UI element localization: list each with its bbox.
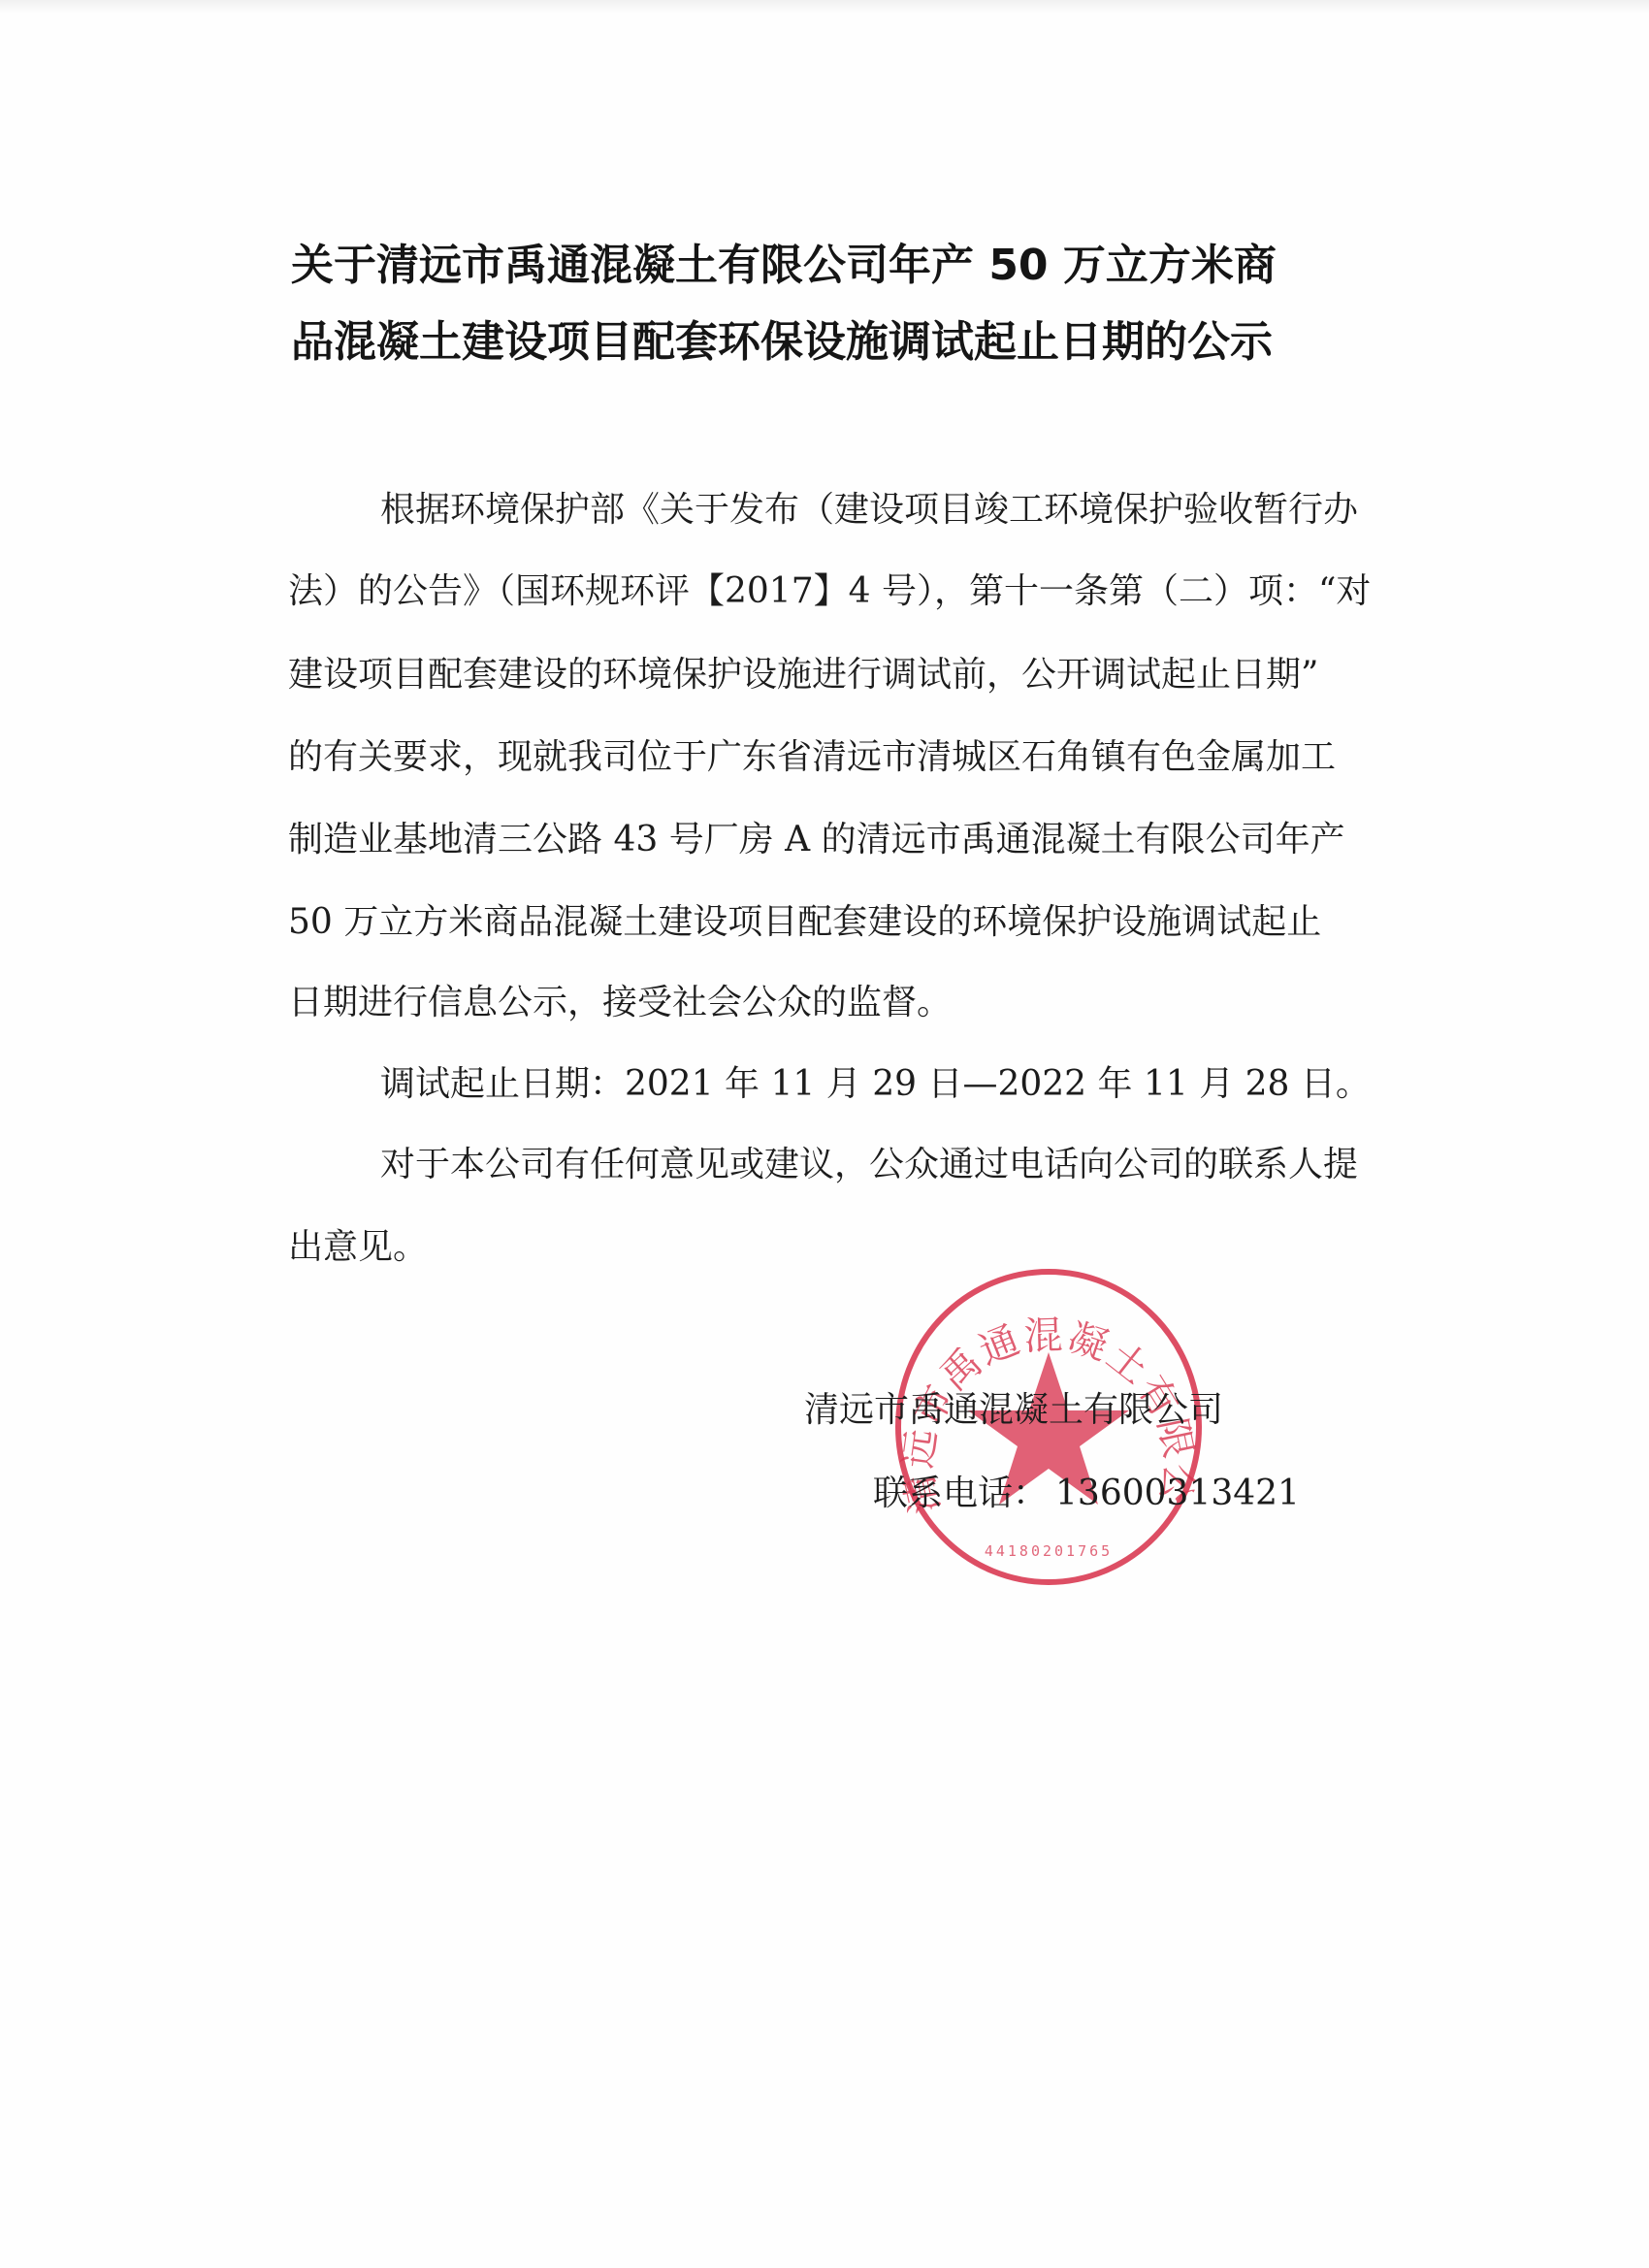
phone-number: 13600313421	[1055, 1474, 1300, 1513]
scan-edge	[0, 0, 1649, 14]
body-line-2: 法）的公告》（国环规环评【2017】4 号），第十一条第（二）项：“对	[288, 574, 1371, 609]
signature-company: 清远市禹通混凝土有限公司	[804, 1393, 1223, 1428]
document-page: 关于清远市禹通混凝土有限公司年产 50 万立方米商 品混凝土建设项目配套环保设施…	[0, 0, 1649, 2268]
phone-label: 联系电话：	[873, 1474, 1048, 1513]
debug-date-line: 调试起止日期：2021 年 11 月 29 日—2022 年 11 月 28 日…	[380, 1067, 1371, 1102]
title-line-2: 品混凝土建设项目配套环保设施调试起止日期的公示	[291, 321, 1368, 364]
body-line-7: 日期进行信息公示，接受社会公众的监督。	[288, 986, 952, 1021]
body-line-1: 根据环境保护部《关于发布（建设项目竣工环境保护验收暂行办	[380, 493, 1358, 528]
title-line-1: 关于清远市禹通混凝土有限公司年产 50 万立方米商	[291, 244, 1368, 287]
body-line-4: 的有关要求，现就我司位于广东省清远市清城区石角镇有色金属加工	[288, 740, 1336, 775]
body-line-6: 50 万立方米商品混凝土建设项目配套建设的环境保护设施调试起止	[288, 905, 1321, 940]
body-line-3: 建设项目配套建设的环境保护设施进行调试前，公开调试起止日期”	[288, 658, 1318, 693]
signature-phone-row: 联系电话：13600313421	[873, 1476, 1300, 1511]
body-line-5: 制造业基地清三公路 43 号厂房 A 的清远市禹通混凝土有限公司年产	[288, 823, 1345, 858]
body-line-9: 对于本公司有任何意见或建议，公众通过电话向公司的联系人提	[380, 1148, 1358, 1183]
body-line-10: 出意见。	[288, 1230, 428, 1265]
stamp-code: 44180201765	[985, 1542, 1113, 1560]
